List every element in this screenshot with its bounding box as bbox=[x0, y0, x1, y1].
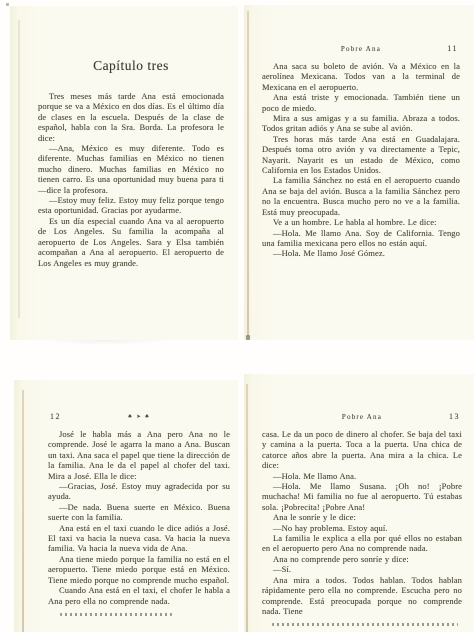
paragraph: La familia Sánchez no está en el aeropue… bbox=[262, 175, 460, 217]
paragraph: Mira a sus amigas y a su familia. Abraza… bbox=[262, 113, 460, 134]
paragraph: —Gracias, José. Estoy muy agradecida por… bbox=[48, 481, 230, 502]
paragraph: —Estoy muy feliz. Estoy muy feliz porque… bbox=[38, 195, 224, 216]
paragraph: casa. Le da un poco de dinero al chofer.… bbox=[262, 429, 462, 471]
paragraph: Ana mira a todos. Todos hablan. Todos ha… bbox=[262, 575, 462, 617]
paragraph: Tres horas más tarde Ana está en Guadala… bbox=[262, 134, 460, 176]
page-number: 13 bbox=[449, 412, 460, 421]
page-header: 12 ♠ ➤ ♠ bbox=[48, 413, 230, 424]
book-page-chapter-opening[interactable]: Capítulo tres Tres meses más tarde Ana e… bbox=[10, 6, 238, 340]
running-title: Pobre Ana bbox=[262, 413, 462, 421]
paragraph: Ana no comprende pero sonríe y dice: bbox=[262, 554, 462, 564]
paragraph: Ana le sonríe y le dice: bbox=[262, 512, 462, 522]
page-body-text: Tres meses más tarde Ana está emocionada… bbox=[38, 91, 224, 268]
paragraph: —Ana, México es muy diferente. Todo es d… bbox=[38, 143, 224, 195]
page-body-text: casa. Le da un poco de dinero al chofer.… bbox=[262, 429, 462, 616]
paragraph: —No hay problema. Estoy aquí. bbox=[262, 523, 462, 533]
page-body-text: Ana saca su boleto de avión. Va a México… bbox=[262, 61, 460, 259]
paragraph: Cuando Ana está en el taxi, el chofer le… bbox=[48, 585, 230, 606]
paragraph: Ana saca su boleto de avión. Va a México… bbox=[262, 61, 460, 92]
paragraph: —Hola. Me llamo José Gómez. bbox=[262, 248, 460, 258]
scan-artifact-dot bbox=[6, 3, 9, 6]
paragraph: —Hola. Me llamo Ana. bbox=[262, 471, 462, 481]
chapter-heading: Capítulo tres bbox=[38, 6, 224, 74]
paragraph: La familia le explica a ella por qué ell… bbox=[262, 533, 462, 554]
paragraph: —Hola. Me llamo Ana. Soy de California. … bbox=[262, 228, 460, 249]
book-page-13[interactable]: Pobre Ana 13 casa. Le da un poco de dine… bbox=[244, 374, 474, 632]
book-page-11[interactable]: Pobre Ana 11 Ana saca su boleto de avión… bbox=[244, 5, 474, 340]
header-ornament-icon: ♠ ➤ ♠ bbox=[48, 414, 230, 420]
paragraph: Ana está en el taxi cuando le dice adiós… bbox=[48, 523, 230, 554]
page-number: 11 bbox=[447, 44, 458, 53]
paragraph: Tres meses más tarde Ana está emocionada… bbox=[38, 91, 224, 143]
cropped-text-line bbox=[272, 623, 458, 626]
paragraph: Ve a un hombre. Le habla al hombre. Le d… bbox=[262, 217, 460, 227]
running-title: Pobre Ana bbox=[262, 45, 460, 53]
paragraph: —De nada. Buena suerte en México. Buena … bbox=[48, 502, 230, 523]
page-header: Pobre Ana 13 bbox=[262, 413, 462, 424]
paragraph: —Hola. Me llamo Susana. ¡Oh no! ¡Pobre m… bbox=[262, 481, 462, 512]
paragraph: Ana tiene miedo porque la familia no est… bbox=[48, 554, 230, 585]
paragraph: José le habla más a Ana pero Ana no le c… bbox=[48, 429, 230, 481]
book-page-12[interactable]: 12 ♠ ➤ ♠ José le habla más a Ana pero An… bbox=[14, 380, 238, 632]
page-header: Pobre Ana 11 bbox=[262, 45, 460, 56]
paragraph: Es un día especial cuando Ana va al aero… bbox=[38, 216, 224, 268]
scanned-book-spread: { "book": { "running_title": "Pobre Ana"… bbox=[0, 0, 474, 632]
page-body-text: José le habla más a Ana pero Ana no le c… bbox=[48, 429, 230, 606]
cropped-text-line bbox=[60, 613, 172, 616]
paragraph: Ana está triste y emocionada. También ti… bbox=[262, 92, 460, 113]
paragraph: —Sí. bbox=[262, 564, 462, 574]
